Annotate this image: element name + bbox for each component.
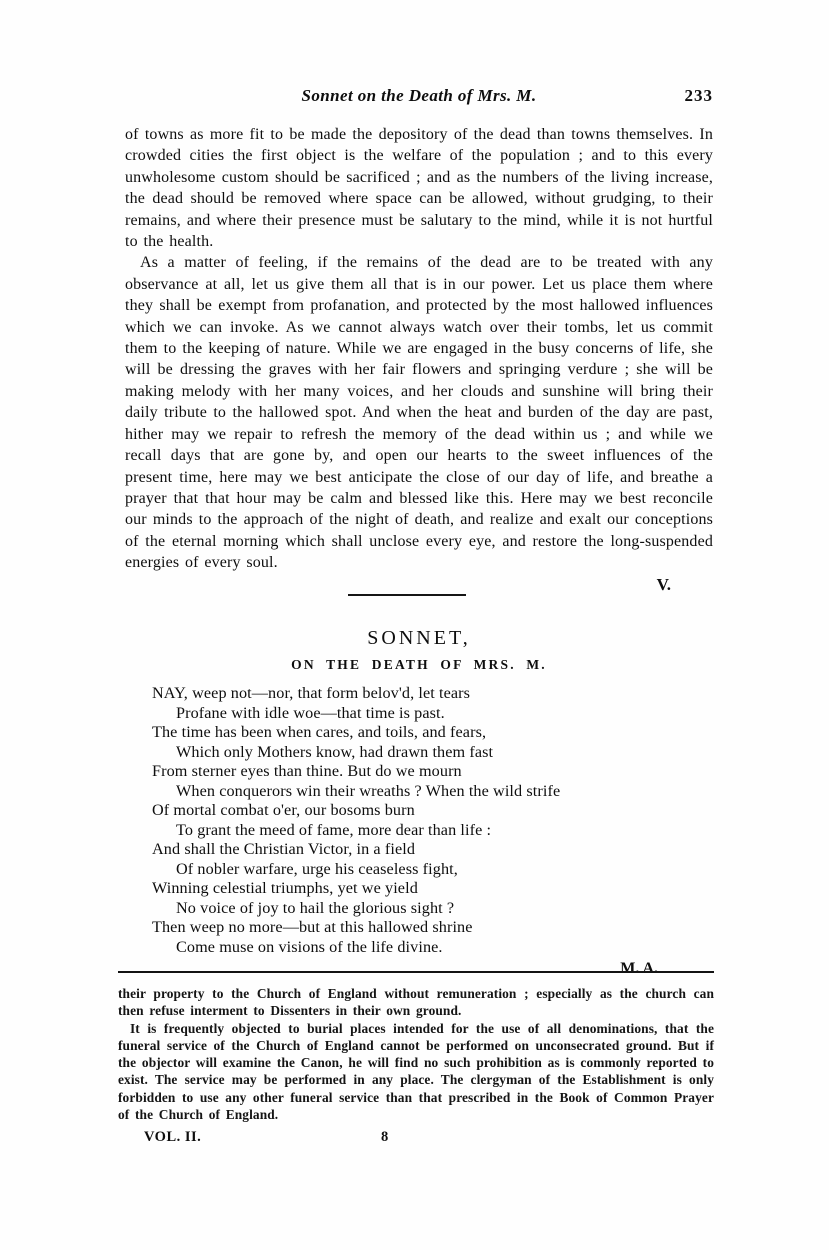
- verse-line: Come muse on visions of the life divine.: [152, 938, 713, 958]
- article-body: of towns as more fit to be made the depo…: [125, 124, 713, 595]
- sonnet-title: SONNET,: [125, 627, 713, 650]
- verse-line: Profane with idle woe—that time is past.: [152, 704, 713, 724]
- verse-line: To grant the meed of fame, more dear tha…: [152, 821, 713, 841]
- footnote-paragraph: It is frequently objected to burial plac…: [118, 1020, 714, 1124]
- article-paragraph: As a matter of feeling, if the remains o…: [125, 252, 713, 573]
- verse-line: The time has been when cares, and toils,…: [152, 723, 713, 743]
- verse-line: No voice of joy to hail the glorious sig…: [152, 899, 713, 919]
- footnote-paragraph-continuation: their property to the Church of England …: [118, 985, 714, 1020]
- verse-line: Of mortal combat o'er, our bosoms burn: [152, 801, 713, 821]
- verse-line: NAY, weep not—nor, that form belov'd, le…: [152, 684, 713, 704]
- page-number: 233: [685, 86, 714, 106]
- book-page: Sonnet on the Death of Mrs. M. 233 of to…: [0, 0, 829, 1250]
- verse-line: Of nobler warfare, urge his ceaseless fi…: [152, 860, 713, 880]
- sonnet-subtitle: ON THE DEATH OF MRS. M.: [125, 657, 713, 673]
- verse-line: From sterner eyes than thine. But do we …: [152, 762, 713, 782]
- page-header: Sonnet on the Death of Mrs. M. 233: [125, 86, 713, 108]
- footnote-section: their property to the Church of England …: [118, 971, 714, 1149]
- volume-label: VOL. II.: [144, 1129, 201, 1146]
- verse-line: Winning celestial triumphs, yet we yield: [152, 879, 713, 899]
- article-paragraph-continuation: of towns as more fit to be made the depo…: [125, 124, 713, 252]
- section-divider-rule: [348, 594, 466, 596]
- verse-line: When conquerors win their wreaths ? When…: [152, 782, 713, 802]
- footnote-divider-rule: [118, 971, 714, 973]
- verse-line: Then weep no more—but at this hallowed s…: [152, 918, 713, 938]
- sonnet-section: SONNET, ON THE DEATH OF MRS. M. NAY, wee…: [125, 594, 713, 978]
- verse-line: Which only Mothers know, had drawn them …: [152, 743, 713, 763]
- author-signature: V.: [125, 575, 713, 595]
- verse-line: And shall the Christian Victor, in a fie…: [152, 840, 713, 860]
- poem: NAY, weep not—nor, that form belov'd, le…: [152, 684, 713, 957]
- volume-footer-line: VOL. II. 8: [118, 1129, 714, 1149]
- printer-signature-mark: 8: [381, 1129, 388, 1146]
- running-title: Sonnet on the Death of Mrs. M.: [125, 86, 713, 106]
